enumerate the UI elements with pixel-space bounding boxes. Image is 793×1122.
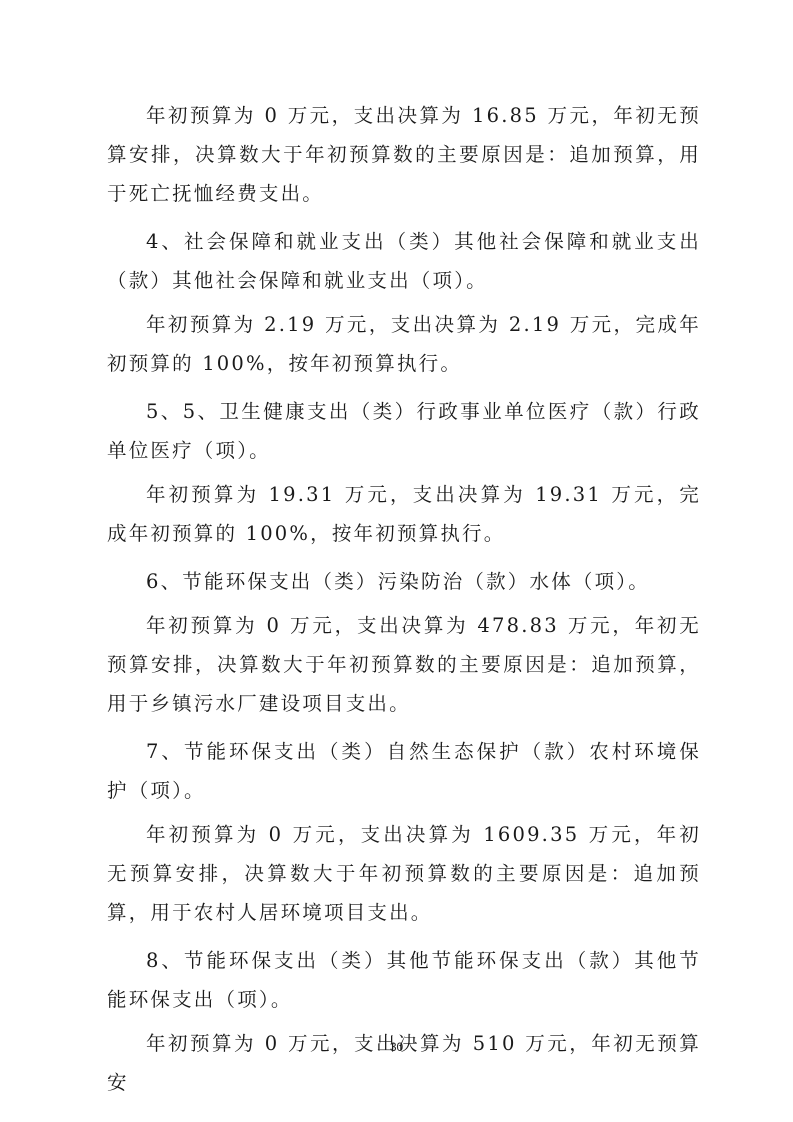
heading-item-6-pollution: 6、节能环保支出（类）污染防治（款）水体（项）。 xyxy=(107,562,701,601)
page-number: 30 xyxy=(0,1040,793,1054)
paragraph-item-5-detail: 年初预算为 19.31 万元，支出决算为 19.31 万元，完成年初预算的 10… xyxy=(107,475,701,553)
paragraph-item-4-detail: 年初预算为 2.19 万元，支出决算为 2.19 万元，完成年初预算的 100%… xyxy=(107,305,701,383)
paragraph-death-pension-detail: 年初预算为 0 万元，支出决算为 16.85 万元，年初无预算安排，决算数大于年… xyxy=(107,96,701,213)
heading-item-8-other-env: 8、节能环保支出（类）其他节能环保支出（款）其他节能环保支出（项）。 xyxy=(107,941,701,1019)
document-page: 年初预算为 0 万元，支出决算为 16.85 万元，年初无预算安排，决算数大于年… xyxy=(107,96,701,1102)
heading-item-5-health: 5、5、卫生健康支出（类）行政事业单位医疗（款）行政单位医疗（项）。 xyxy=(107,392,701,470)
heading-item-7-ecology: 7、节能环保支出（类）自然生态保护（款）农村环境保护（项）。 xyxy=(107,732,701,810)
paragraph-item-8-detail: 年初预算为 0 万元，支出决算为 510 万元，年初无预算安 xyxy=(107,1024,701,1102)
paragraph-item-6-detail: 年初预算为 0 万元，支出决算为 478.83 万元，年初无预算安排，决算数大于… xyxy=(107,606,701,723)
paragraph-item-7-detail: 年初预算为 0 万元，支出决算为 1609.35 万元，年初无预算安排，决算数大… xyxy=(107,815,701,932)
heading-item-4-social-security: 4、社会保障和就业支出（类）其他社会保障和就业支出（款）其他社会保障和就业支出（… xyxy=(107,222,701,300)
